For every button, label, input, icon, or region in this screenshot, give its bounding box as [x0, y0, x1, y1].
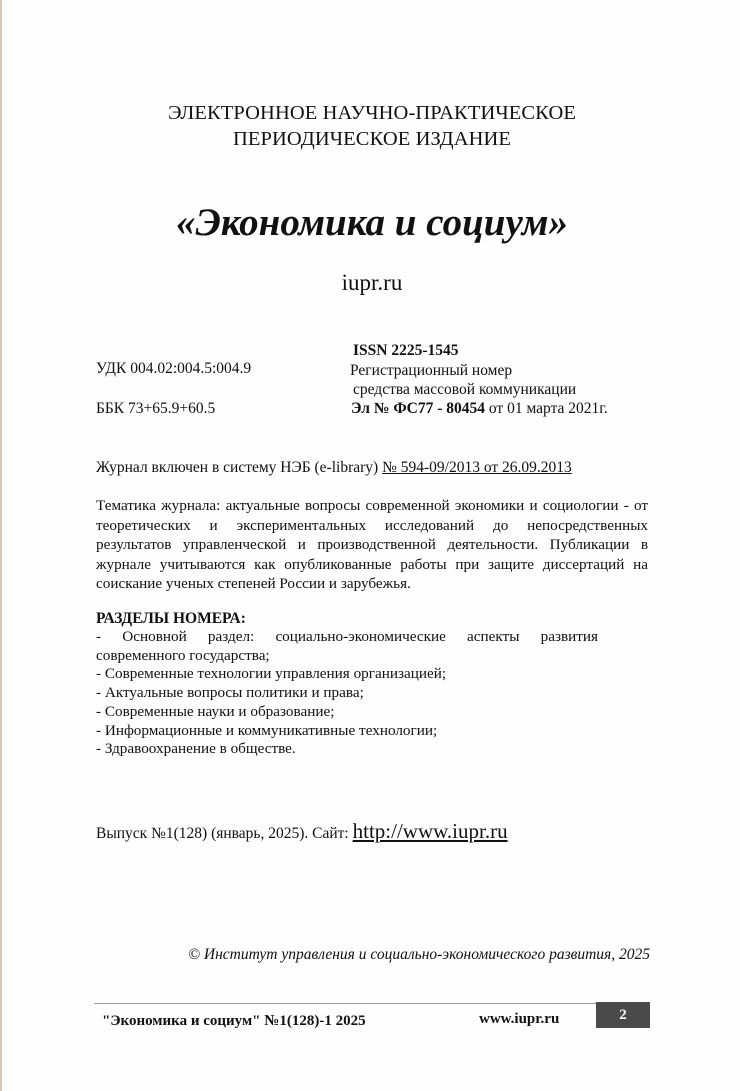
footer-site: www.iupr.ru: [479, 1009, 559, 1029]
journal-description: Тематика журнала: актуальные вопросы сов…: [96, 496, 648, 594]
bbk-code: ББК 73+65.9+60.5: [96, 399, 215, 419]
registration-info: Эл № ФС77 - 80454 от 01 марта 2021г.: [351, 399, 608, 419]
document-page: ЭЛЕКТРОННОЕ НАУЧНО-ПРАКТИЧЕСКОЕ ПЕРИОДИЧ…: [0, 0, 740, 1091]
elibrary-line: Журнал включен в систему НЭБ (e-library)…: [96, 458, 572, 478]
publication-type-line-2: ПЕРИОДИЧЕСКОЕ ИЗДАНИЕ: [2, 126, 740, 152]
section-item: - Информационные и коммуникативные техно…: [96, 722, 648, 741]
elibrary-text: Журнал включен в систему НЭБ (e-library): [96, 459, 382, 476]
elibrary-number: № 594-09/2013 от 26.09.2013: [382, 459, 572, 476]
issue-line: Выпуск №1(128) (январь, 2025). Сайт: htt…: [96, 817, 508, 848]
journal-title: «Экономика и социум»: [2, 198, 740, 248]
footer-journal-issue: "Экономика и социум" №1(128)-1 2025: [102, 1011, 366, 1031]
publication-type-line-1: ЭЛЕКТРОННОЕ НАУЧНО-ПРАКТИЧЕСКОЕ: [2, 100, 740, 126]
issue-text: Выпуск №1(128) (январь, 2025). Сайт:: [96, 825, 353, 842]
registration-label-2: средства массовой коммуникации: [353, 380, 576, 400]
registration-number: Эл № ФС77 - 80454: [351, 400, 485, 417]
page-number-badge: 2: [596, 1002, 650, 1028]
section-item: - Актуальные вопросы политики и права;: [96, 684, 648, 703]
issn: ISSN 2225-1545: [353, 341, 459, 361]
section-item: - Основной раздел: социально-экономическ…: [96, 628, 648, 665]
site-link[interactable]: http://www.iupr.ru: [353, 819, 508, 843]
footer-divider: [94, 1003, 650, 1004]
sections-list: - Основной раздел: социально-экономическ…: [96, 628, 648, 759]
sections-heading: РАЗДЕЛЫ НОМЕРА:: [96, 609, 648, 628]
copyright: © Институт управления и социально-эконом…: [188, 945, 650, 965]
sections-block: РАЗДЕЛЫ НОМЕРА: - Основной раздел: социа…: [96, 609, 648, 759]
registration-date: от 01 марта 2021г.: [485, 400, 608, 417]
registration-label-1: Регистрационный номер: [350, 361, 512, 381]
section-item: - Здравоохранение в обществе.: [96, 740, 648, 759]
section-item: - Современные технологии управления орга…: [96, 665, 648, 684]
journal-site: iupr.ru: [2, 268, 740, 298]
section-item: - Современные науки и образование;: [96, 703, 648, 722]
udk-code: УДК 004.02:004.5:004.9: [96, 359, 251, 379]
